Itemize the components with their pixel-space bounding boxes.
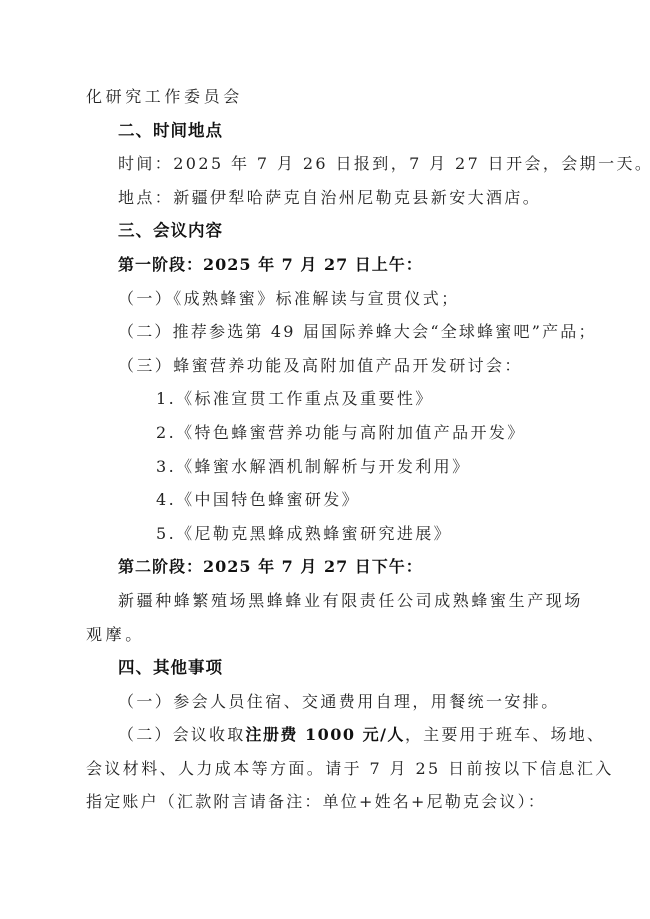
section-heading-content: 三、会议内容 bbox=[86, 218, 566, 252]
other-item-2-line2: 会议材料、人力成本等方面。请于 7 月 25 日前按以下信息汇入 bbox=[86, 756, 566, 790]
talk-item-1: 1.《标准宣贯工作重点及重要性》 bbox=[86, 386, 566, 420]
other-item-1: （一）参会人员住宿、交通费用自理，用餐统一安排。 bbox=[86, 689, 566, 723]
other-item-2-line3: 指定账户（汇款附言请备注：单位+姓名+尼勒克会议）： bbox=[86, 789, 566, 823]
talk-item-2: 2.《特色蜂蜜营养功能与高附加值产品开发》 bbox=[86, 420, 566, 454]
talk-item-5: 5.《尼勒克黑蜂成熟蜂蜜研究进展》 bbox=[86, 521, 566, 555]
fee-suffix: ，主要用于班车、场地、 bbox=[405, 725, 605, 744]
stage1-item-1: （一）《成熟蜂蜜》标准解读与宣贯仪式； bbox=[86, 286, 566, 320]
stage2-text-line1: 新疆种蜂繁殖场黑蜂蜂业有限责任公司成熟蜂蜜生产现场 bbox=[86, 588, 566, 622]
place-line: 地点：新疆伊犁哈萨克自治州尼勒克县新安大酒店。 bbox=[86, 185, 566, 219]
time-line: 时间：2025 年 7 月 26 日报到，7 月 27 日开会，会期一天。 bbox=[86, 151, 566, 185]
document-page: 化研究工作委员会 二、时间地点 时间：2025 年 7 月 26 日报到，7 月… bbox=[86, 84, 566, 823]
fee-prefix: （二）会议收取 bbox=[118, 725, 245, 744]
other-item-2-line1: （二）会议收取注册费 1000 元/人，主要用于班车、场地、 bbox=[86, 722, 566, 756]
stage2-title: 第二阶段：2025 年 7 月 27 日下午： bbox=[86, 554, 566, 588]
stage1-item-3: （三）蜂蜜营养功能及高附加值产品开发研讨会： bbox=[86, 353, 566, 387]
talk-item-3: 3.《蜂蜜水解酒机制解析与开发利用》 bbox=[86, 454, 566, 488]
registration-fee: 注册费 1000 元/人 bbox=[245, 725, 405, 744]
talk-item-4: 4.《中国特色蜂蜜研发》 bbox=[86, 487, 566, 521]
continuation-line: 化研究工作委员会 bbox=[86, 84, 566, 118]
stage1-title: 第一阶段：2025 年 7 月 27 日上午： bbox=[86, 252, 566, 286]
section-heading-other: 四、其他事项 bbox=[86, 655, 566, 689]
stage1-item-2: （二）推荐参选第 49 届国际养蜂大会“全球蜂蜜吧”产品； bbox=[86, 319, 566, 353]
stage2-text-line2: 观摩。 bbox=[86, 622, 566, 656]
section-heading-time-place: 二、时间地点 bbox=[86, 118, 566, 152]
